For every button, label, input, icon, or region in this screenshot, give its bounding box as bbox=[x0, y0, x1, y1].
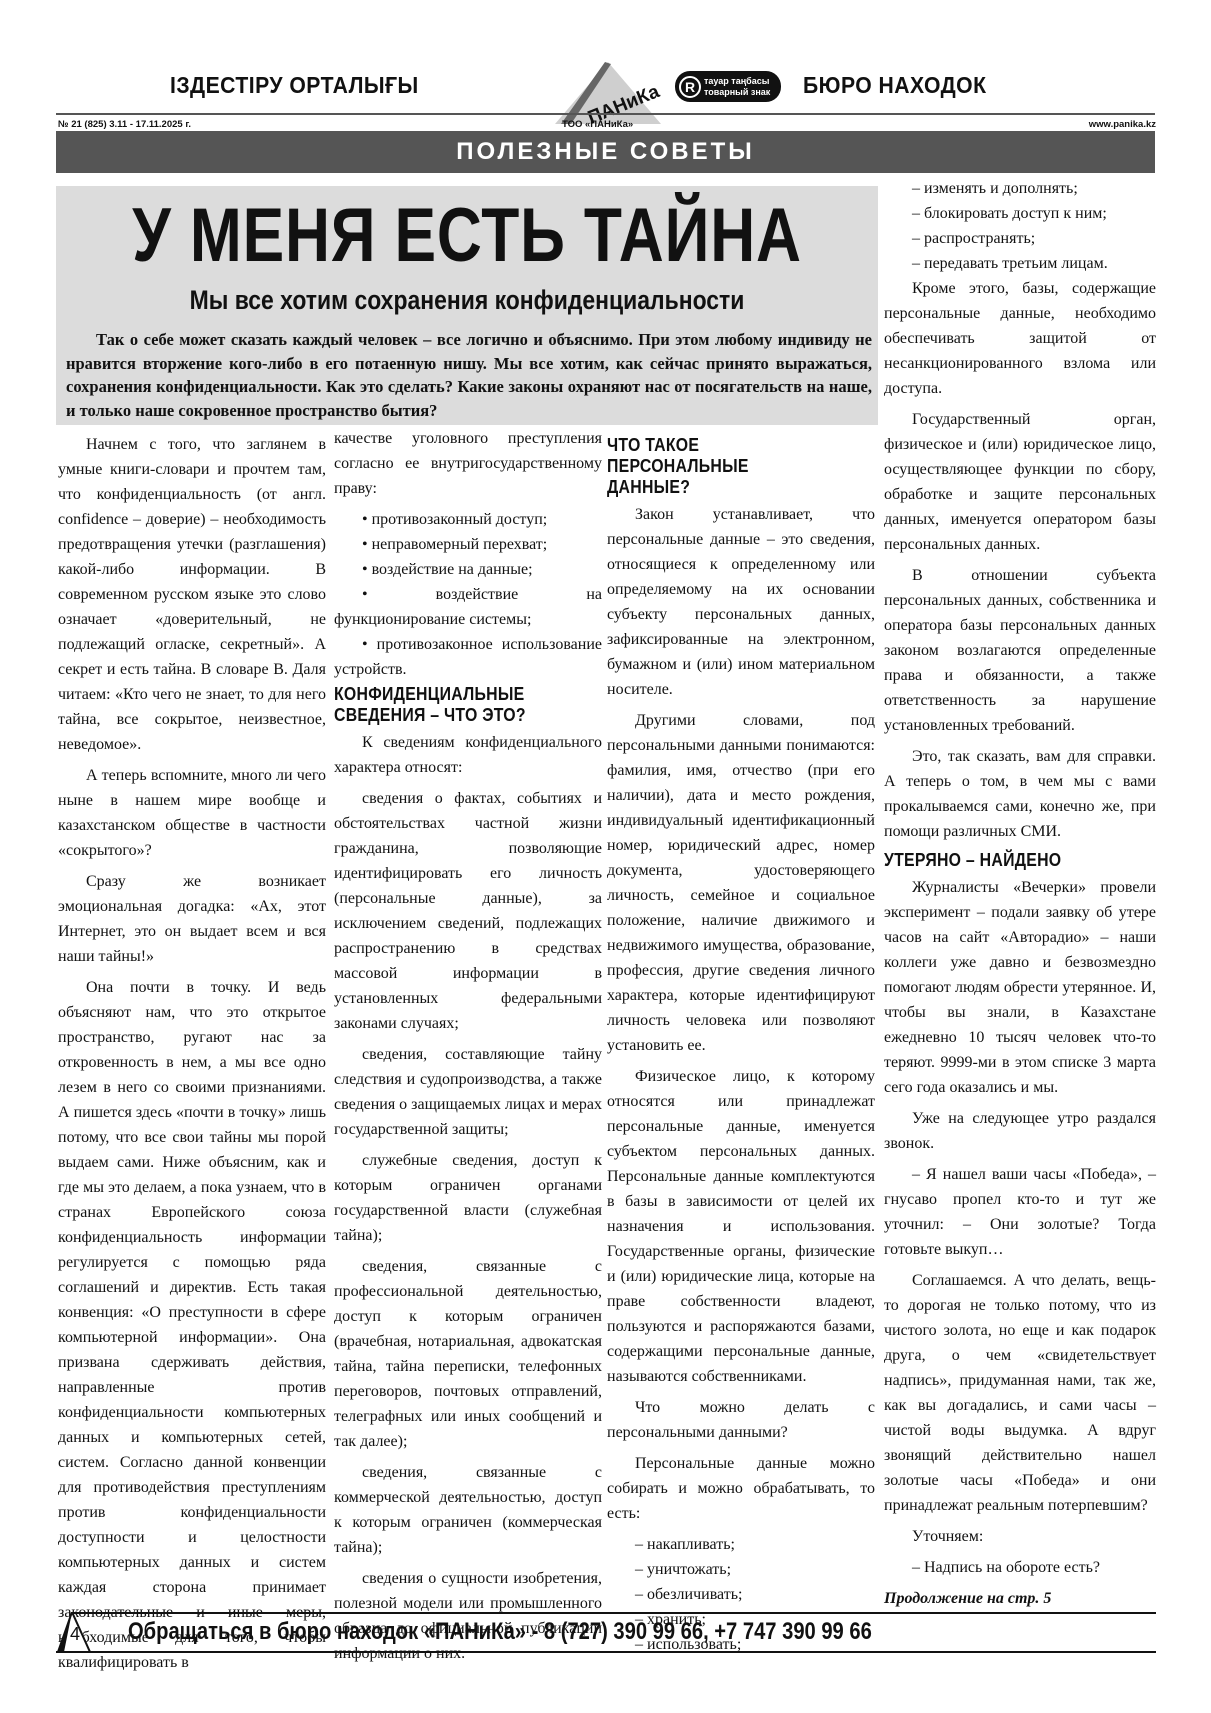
paragraph: качестве уголовного преступления согласн… bbox=[334, 426, 602, 501]
section-title: ПОЛЕЗНЫЕ СОВЕТЫ bbox=[456, 138, 755, 166]
paragraph: Сразу же возникает эмоциональная догадка… bbox=[58, 869, 326, 969]
subheading-personal-data: ЧТО ТАКОЕ ПЕРСОНАЛЬНЫЕ ДАННЫЕ? bbox=[607, 435, 739, 498]
paragraph: служебные сведения, доступ к которым огр… bbox=[334, 1148, 602, 1248]
bullet-item: • воздействие на данные; bbox=[334, 557, 602, 582]
paragraph: – Я нашел ваши часы «Победа», – гнусаво … bbox=[884, 1162, 1156, 1262]
article-subheadline: Мы все хотим сохранения конфиденциальнос… bbox=[118, 283, 817, 317]
paragraph: сведения, связанные с коммерческой деяте… bbox=[334, 1460, 602, 1560]
paragraph: Государственный орган, физическое и (или… bbox=[884, 407, 1156, 557]
paragraph: сведения, связанные с профессиональной д… bbox=[334, 1254, 602, 1454]
footer-top-rule bbox=[72, 1612, 1156, 1614]
article-lead: Так о себе может сказать каждый человек … bbox=[66, 328, 872, 422]
list-item: – блокировать доступ к ним; bbox=[884, 201, 1156, 226]
list-item: – уничтожать; bbox=[607, 1557, 875, 1582]
paragraph: Это, так сказать, вам для справки. А теп… bbox=[884, 744, 1156, 844]
article-headline: У МЕНЯ ЕСТЬ ТАЙНА bbox=[130, 192, 804, 280]
paragraph: К сведениям конфиденциального характера … bbox=[334, 730, 602, 780]
trademark-kazakh: тауар таңбасы bbox=[704, 76, 770, 87]
paragraph: Уточняем: bbox=[884, 1524, 1156, 1549]
masthead-right-title: БЮРО НАХОДОК bbox=[803, 72, 1024, 99]
footer-bottom-rule bbox=[56, 1651, 1156, 1653]
paragraph: Персональные данные можно собирать и мож… bbox=[607, 1451, 875, 1526]
list-item: – распространять; bbox=[884, 226, 1156, 251]
paragraph: В отношении субъекта персональных данных… bbox=[884, 563, 1156, 738]
paragraph: сведения, составляющие тайну следствия и… bbox=[334, 1042, 602, 1142]
bullet-item: • неправомерный перехват; bbox=[334, 532, 602, 557]
page-number: 4 bbox=[70, 1624, 80, 1645]
list-item: – обезличивать; bbox=[607, 1582, 875, 1607]
paragraph: Кроме этого, базы, содержащие персональн… bbox=[884, 276, 1156, 401]
column-4: – изменять и дополнять; – блокировать до… bbox=[884, 176, 1156, 1617]
bullet-item: • противозаконное использование устройст… bbox=[334, 632, 602, 682]
column-3: ЧТО ТАКОЕ ПЕРСОНАЛЬНЫЕ ДАННЫЕ? Закон уст… bbox=[607, 433, 875, 1657]
paragraph: Журналисты «Вечерки» провели эксперимент… bbox=[884, 875, 1156, 1100]
paragraph: Что можно делать с персональными данными… bbox=[607, 1395, 875, 1445]
website-link[interactable]: www.panika.kz bbox=[1089, 119, 1156, 130]
bullet-item: • воздействие на функционирование систем… bbox=[334, 582, 602, 632]
logo-caption: ТОО «ПАНиКа» bbox=[562, 119, 633, 130]
panika-logo: ПАНиКа bbox=[553, 60, 663, 126]
paragraph: Физическое лицо, к которому относятся ил… bbox=[607, 1064, 875, 1389]
trademark-badge: R тауар таңбасы товарный знак bbox=[675, 71, 781, 102]
registered-trademark-icon: R bbox=[679, 76, 701, 98]
column-2: качестве уголовного преступления согласн… bbox=[334, 426, 602, 1672]
paragraph: Уже на следующее утро раздался звонок. bbox=[884, 1106, 1156, 1156]
paragraph: А теперь вспомните, много ли чего ныне в… bbox=[58, 763, 326, 863]
logo-triangle-icon: ПАНиКа bbox=[553, 60, 663, 126]
section-title-bar: ПОЛЕЗНЫЕ СОВЕТЫ bbox=[56, 131, 1155, 173]
masthead-divider bbox=[56, 113, 1155, 115]
trademark-russian: товарный знак bbox=[704, 87, 770, 98]
subheading-confidential-info: КОНФИДЕНЦИАЛЬНЫЕ СВЕДЕНИЯ – ЧТО ЭТО? bbox=[334, 684, 570, 726]
list-item: – передавать третьим лицам. bbox=[884, 251, 1156, 276]
paragraph: Другими словами, под персональными данны… bbox=[607, 708, 875, 1058]
subheading-lost-found: УТЕРЯНО – НАЙДЕНО bbox=[884, 850, 1123, 871]
paragraph: Начнем с того, что заглянем в умные книг… bbox=[58, 432, 326, 757]
masthead-left-title: ІЗДЕСТІРУ ОРТАЛЫҒЫ bbox=[170, 72, 437, 99]
issue-info: № 21 (825) 3.11 - 17.11.2025 г. bbox=[58, 119, 191, 130]
footer-contact: Обращаться в бюро находок «ПАНиКа» - 8 (… bbox=[128, 1617, 872, 1647]
column-1: Начнем с того, что заглянем в умные книг… bbox=[58, 432, 326, 1681]
paragraph: сведения о фактах, событиях и обстоятель… bbox=[334, 786, 602, 1036]
bullet-item: • противозаконный доступ; bbox=[334, 507, 602, 532]
paragraph: Закон устанавливает, что персональные да… bbox=[607, 502, 875, 702]
paragraph: – Надпись на обороте есть? bbox=[884, 1555, 1156, 1580]
paragraph: Соглашаемся. А что делать, вещь-то дорог… bbox=[884, 1268, 1156, 1518]
paragraph: Она почти в точку. И ведь объясняют нам,… bbox=[58, 975, 326, 1675]
continued-on-page[interactable]: Продолжение на стр. 5 bbox=[884, 1586, 1156, 1611]
list-item: – накапливать; bbox=[607, 1532, 875, 1557]
list-item: – изменять и дополнять; bbox=[884, 176, 1156, 201]
